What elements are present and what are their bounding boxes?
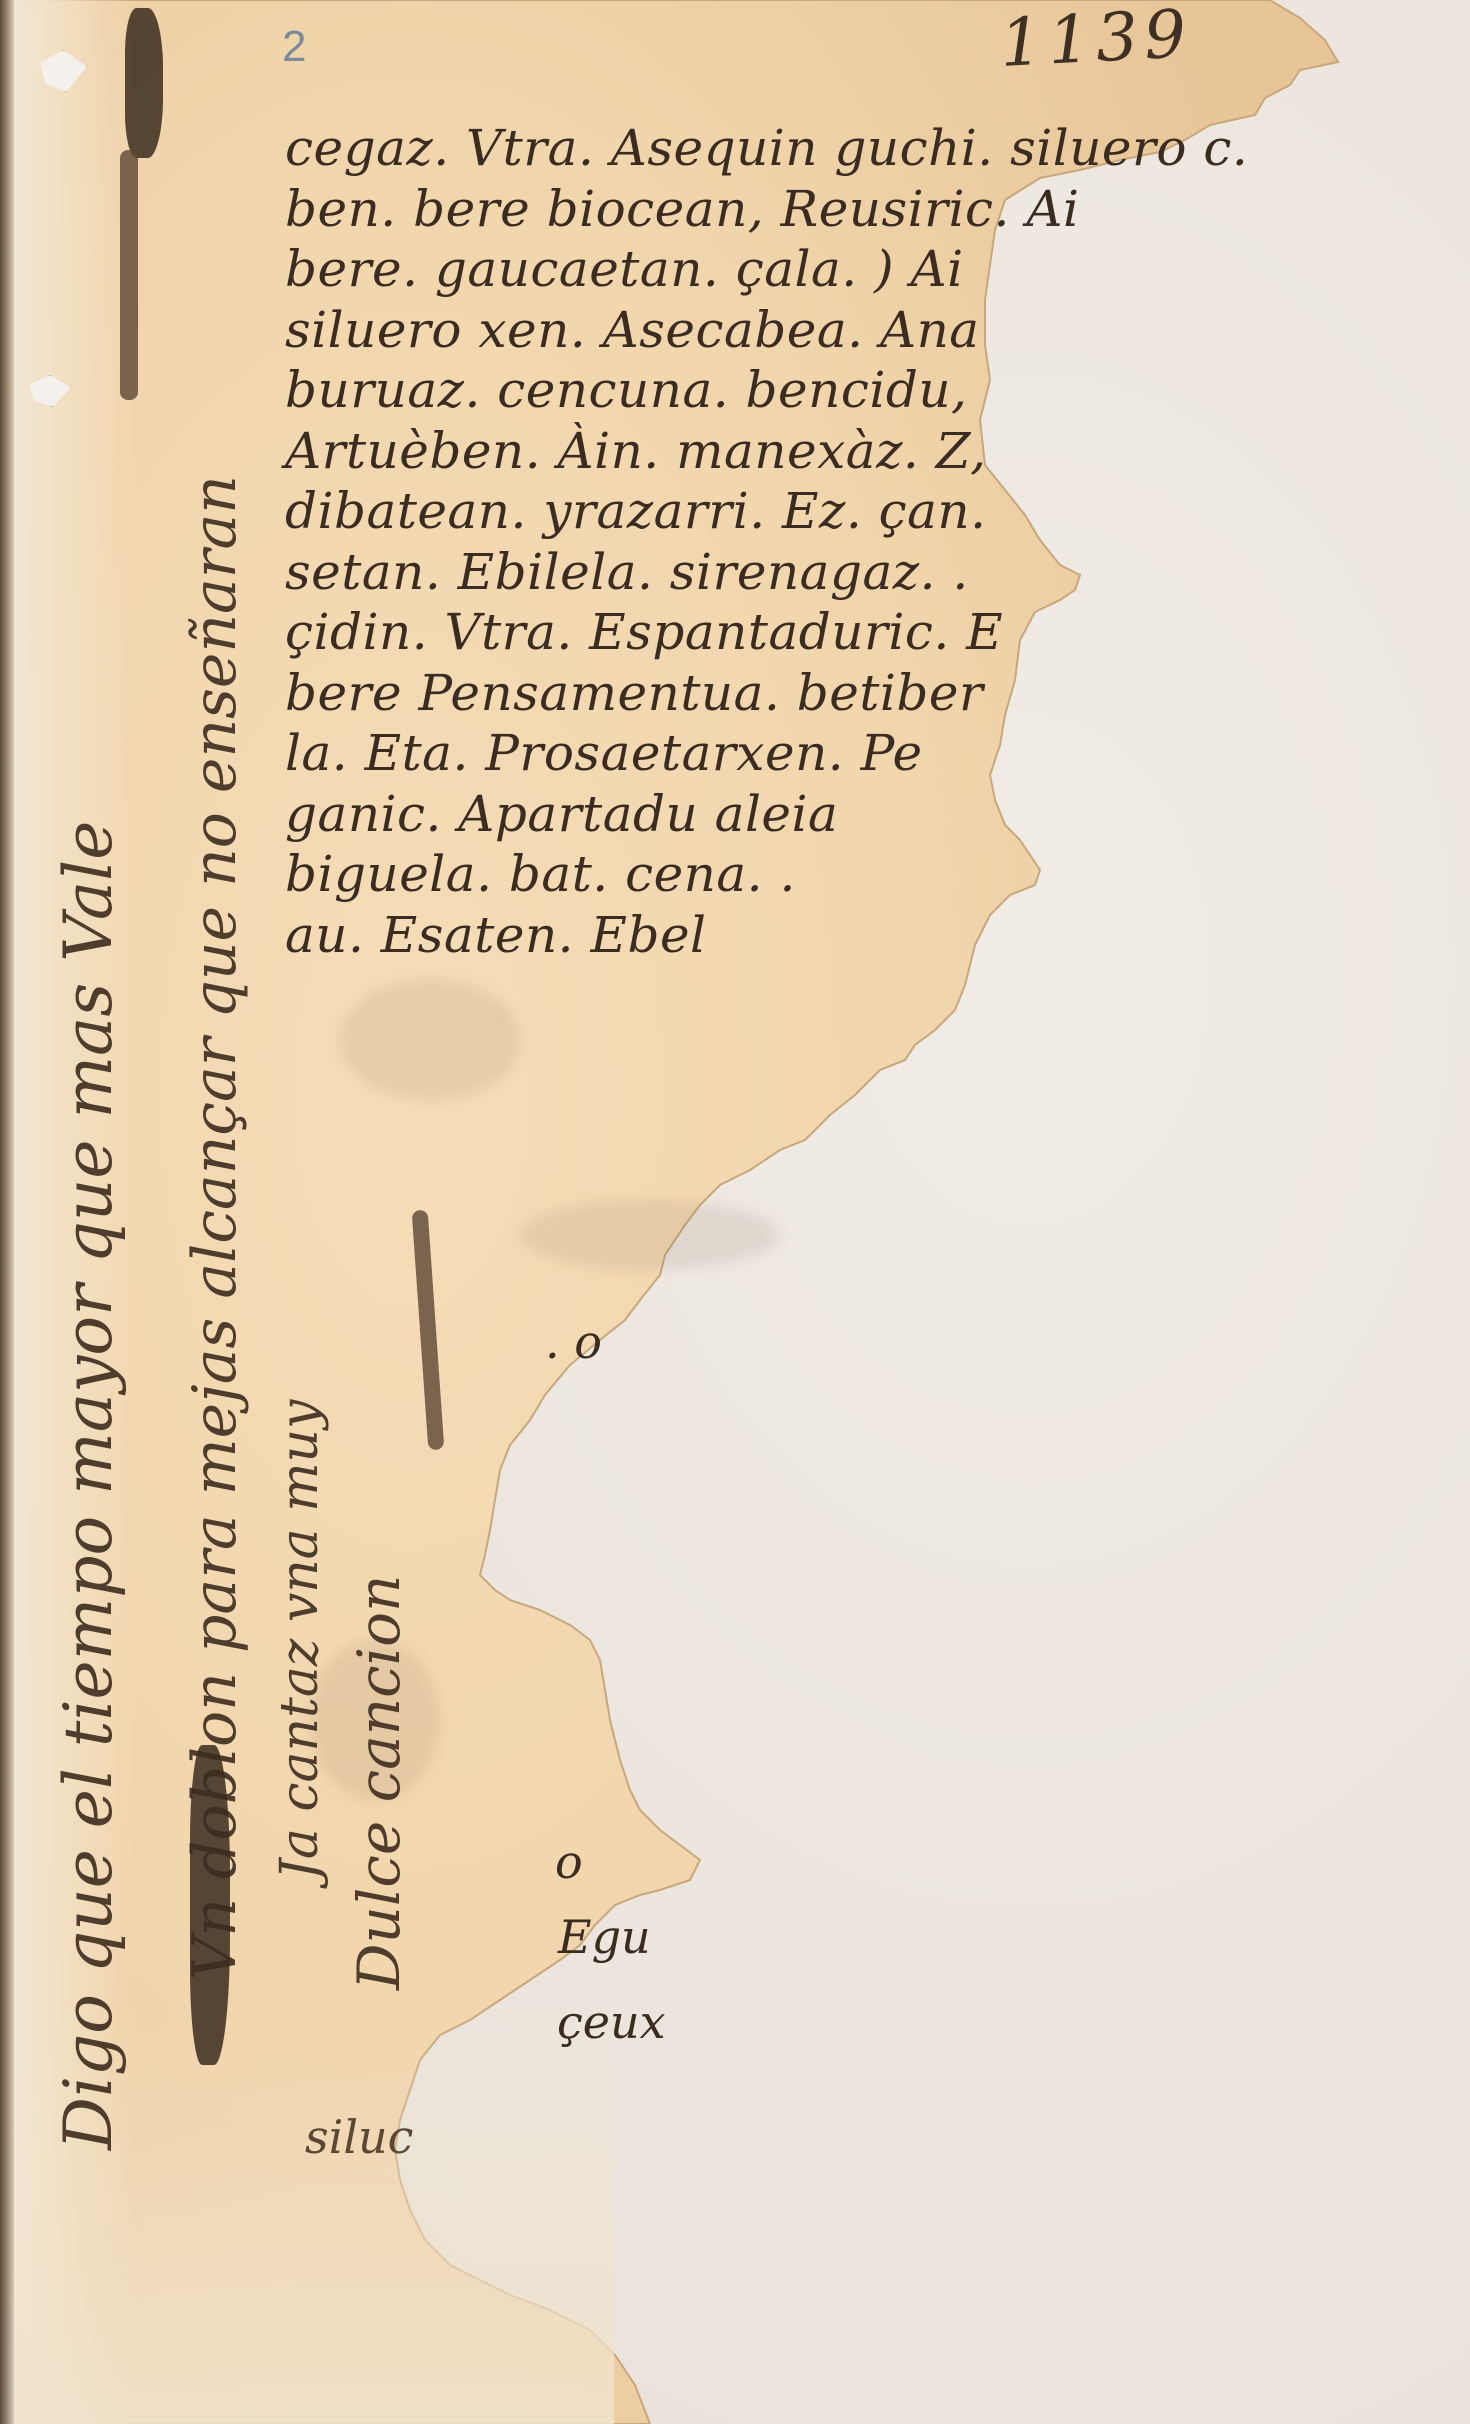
text-line: ben. bere biocean, Reusiric. Ai [285,179,1248,240]
text-fragment: Egu [558,1910,651,1964]
ink-cancellation-stroke [120,150,138,400]
text-fragment: siluc [305,2110,413,2164]
text-fragment: çeux [557,1995,666,2049]
marginal-note-line-1: Digo que el tiempo mayor que mas Vale [50,821,127,2150]
text-line: ganic. Apartadu aleia [285,784,1248,845]
marginal-note-line-4: Dulce cancion [345,1575,413,1990]
text-fragment: o [555,1835,583,1889]
text-line: au. Esaten. Ebel [285,905,1248,966]
main-text-block: cegaz. Vtra. Asequin guchi. siluero c. b… [285,118,1248,965]
folio-number: 1139 [998,0,1194,82]
ink-blot [190,1745,230,2065]
text-line: la. Eta. Prosaetarxen. Pe [285,723,1248,784]
water-stain [340,980,520,1100]
text-line: biguela. bat. cena. . [285,844,1248,905]
marginal-note-line-3: Ja cantaz vna muy [270,1400,330,1880]
text-line: dibatean. yrazarri. Ez. çan. [285,481,1248,542]
text-line: çidin. Vtra. Espantaduric. E [285,602,1248,663]
binding-spine [0,0,14,2424]
text-line: bere. gaucaetan. çala. ) Ai [285,239,1248,300]
ink-cancellation-stroke [125,8,163,158]
text-line: bere Pensamentua. betiber [285,663,1248,724]
text-line: siluero xen. Asecabea. Ana [285,300,1248,361]
bleed-through-stain [520,1200,780,1270]
text-fragment: . o [545,1315,602,1369]
pencil-page-mark: 2 [282,22,306,72]
text-line: Artuèben. Àin. manexàz. Z, [285,421,1248,482]
text-line: setan. Ebilela. sirenagaz. . [285,542,1248,603]
text-line: buruaz. cencuna. bencidu, [285,360,1248,421]
text-line: cegaz. Vtra. Asequin guchi. siluero c. [285,118,1248,179]
